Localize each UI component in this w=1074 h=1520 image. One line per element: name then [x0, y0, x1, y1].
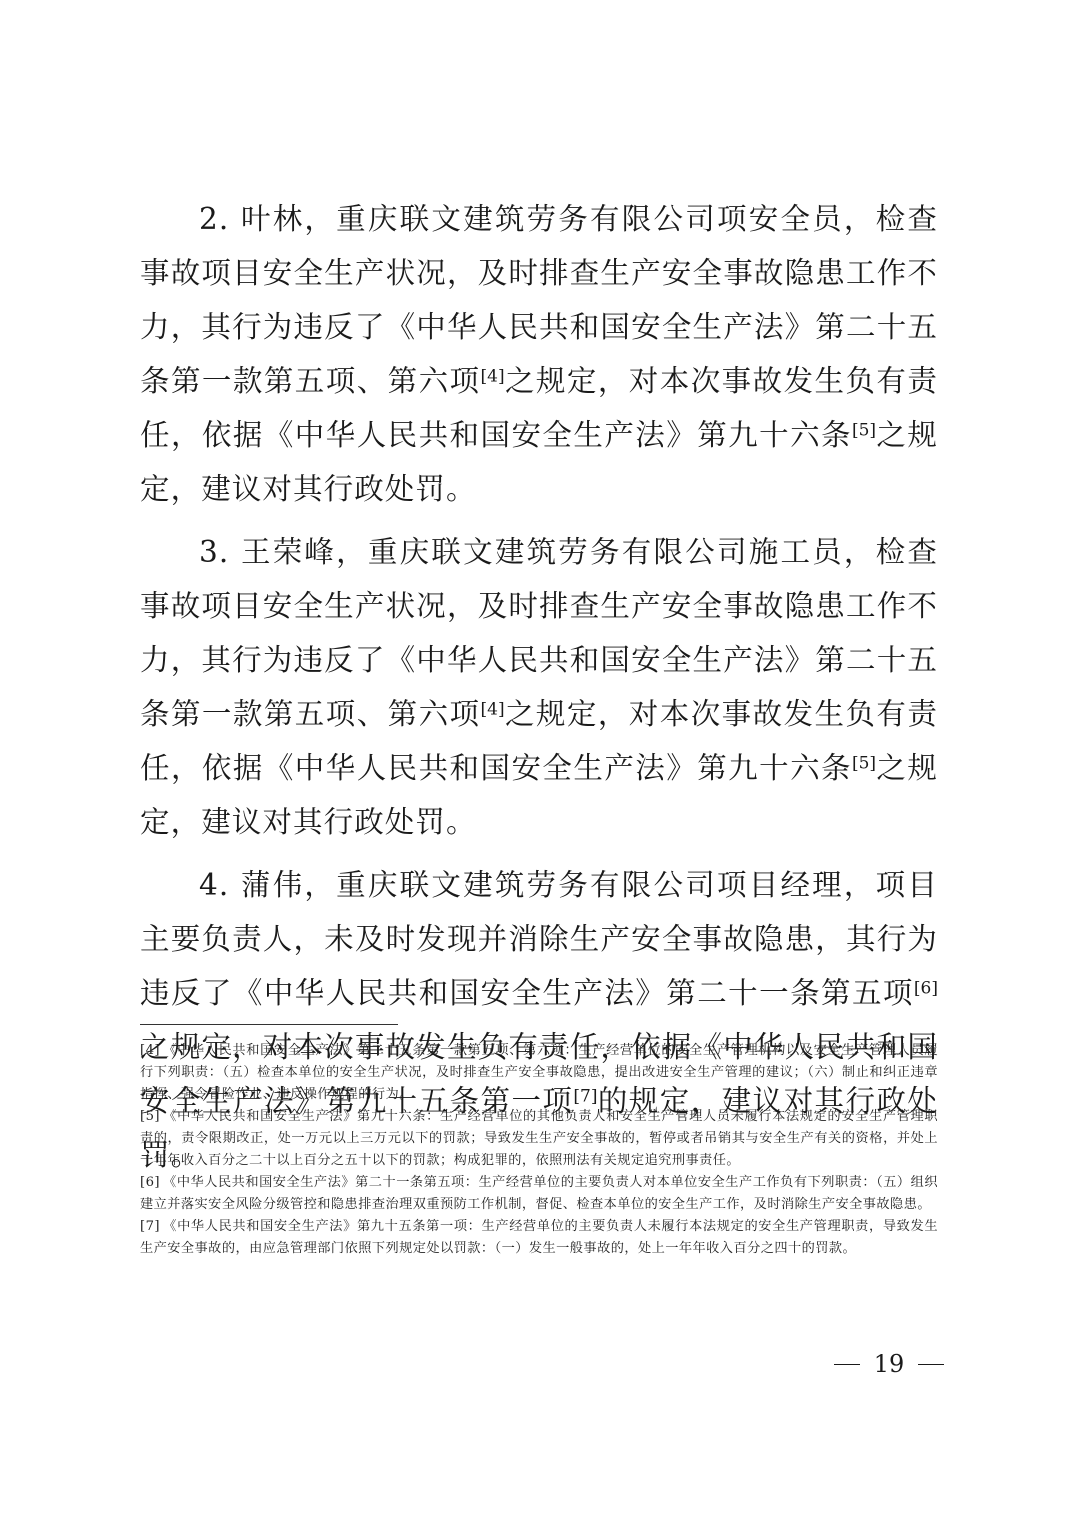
footnote-text: 《中华人民共和国安全生产法》第二十五条第一款第五项、第六项：生产经营单位的安全生…: [140, 1043, 938, 1102]
footnote-ref-4[interactable]: [4]: [481, 700, 505, 720]
footnote-mark: [6]: [140, 1175, 160, 1190]
footnote-ref-5[interactable]: [5]: [852, 421, 876, 441]
footnote-6: [6]《中华人民共和国安全生产法》第二十一条第五项：生产经营单位的主要负责人对本…: [140, 1172, 938, 1216]
page-number: 19: [834, 1347, 944, 1381]
footnote-text: 《中华人民共和国安全生产法》第九十六条：生产经营单位的其他负责人和安全生产管理人…: [140, 1109, 938, 1168]
paragraph-text: 4. 蒲伟，重庆联文建筑劳务有限公司项目经理，项目主要负责人，未及时发现并消除生…: [140, 868, 938, 1010]
paragraph-item-3: 3. 王荣峰，重庆联文建筑劳务有限公司施工员，检查事故项目安全生产状况，及时排查…: [140, 525, 938, 849]
footnotes: [4]《中华人民共和国安全生产法》第二十五条第一款第五项、第六项：生产经营单位的…: [140, 1040, 938, 1260]
footnote-mark: [7]: [140, 1219, 160, 1234]
paragraph-item-2: 2. 叶林，重庆联文建筑劳务有限公司项安全员，检查事故项目安全生产状况，及时排查…: [140, 192, 938, 516]
footnote-mark: [4]: [140, 1043, 160, 1058]
page-number-dash-left: [834, 1364, 860, 1365]
footnote-5: [5]《中华人民共和国安全生产法》第九十六条：生产经营单位的其他负责人和安全生产…: [140, 1106, 938, 1172]
footnote-text: 《中华人民共和国安全生产法》第二十一条第五项：生产经营单位的主要负责人对本单位安…: [140, 1175, 938, 1212]
footnote-ref-4[interactable]: [4]: [481, 367, 505, 387]
footnote-ref-5[interactable]: [5]: [852, 754, 876, 774]
footnote-separator: [140, 1024, 398, 1025]
document-page: 2. 叶林，重庆联文建筑劳务有限公司项安全员，检查事故项目安全生产状况，及时排查…: [0, 0, 1074, 1520]
footnote-4: [4]《中华人民共和国安全生产法》第二十五条第一款第五项、第六项：生产经营单位的…: [140, 1040, 938, 1106]
page-number-dash-right: [918, 1364, 944, 1365]
footnote-text: 《中华人民共和国安全生产法》第九十五条第一项：生产经营单位的主要负责人未履行本法…: [140, 1219, 938, 1256]
footnote-mark: [5]: [140, 1109, 160, 1124]
footnote-ref-6[interactable]: [6]: [914, 979, 938, 999]
footnote-7: [7]《中华人民共和国安全生产法》第九十五条第一项：生产经营单位的主要负责人未履…: [140, 1216, 938, 1260]
page-number-value: 19: [874, 1350, 905, 1378]
